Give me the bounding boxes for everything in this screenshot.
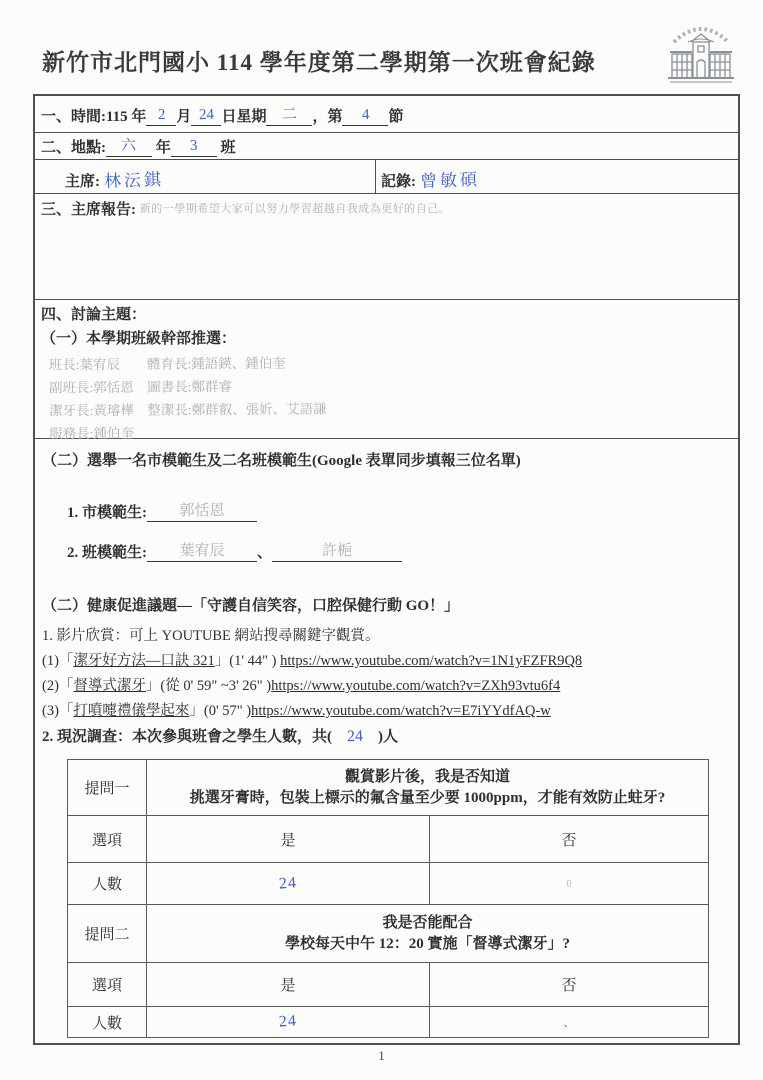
chair-report-handwritten: 新的一學期希望大家可以努力學習超越自我成為更好的自己。	[140, 203, 451, 215]
video-2-prefix: (2)「	[42, 678, 73, 694]
question-1-line1: 觀賞影片後，我是否知道	[149, 767, 706, 788]
weekday-blank: 二	[266, 107, 312, 126]
name-separator: 、	[257, 545, 272, 561]
question-2-text: 我是否能配合 學校每天中午 12：20 實施「督導式潔牙」?	[147, 905, 709, 963]
question-1-counts-row: 人數 24 0	[68, 863, 709, 905]
video-3-url: https://www.youtube.com/watch?v=E7iYYdfA…	[251, 703, 551, 719]
video-3-close: 」	[189, 703, 204, 719]
class-unit-label: 班	[221, 140, 236, 156]
video-2-close: 」	[146, 678, 161, 694]
grade-handwritten: 六	[121, 138, 137, 156]
scanned-meeting-record: 新竹市北門國小 114 學年度第二學期第一次班會紀錄 一、時間:115	[0, 0, 763, 1080]
video-1-url: https://www.youtube.com/watch?v=1N1yFZFR…	[280, 653, 582, 669]
topics-heading: 四、討論主題：	[41, 303, 732, 327]
question-1-options-row: 選項 是 否	[68, 816, 709, 863]
chair-report-label: 三、主席報告:	[41, 202, 136, 218]
video-3-title: 打噴嚏禮儀學起來	[73, 703, 189, 719]
question-2-line1: 我是否能配合	[149, 913, 706, 934]
period-unit-label: 節	[388, 109, 403, 125]
video-1-title: 潔牙好方法—口訣 321	[73, 653, 214, 669]
chair-label: 主席:	[65, 174, 100, 190]
survey-suffix: )人	[378, 729, 398, 745]
recorder-name-handwritten: 曾敏碩	[419, 165, 480, 192]
model-student-heading: （二）選舉一名市模範生及二名班模範生(Google 表單同步填報三位名單)	[42, 449, 521, 470]
option-yes: 是	[147, 963, 430, 1007]
video-2-url: https://www.youtube.com/watch?v=ZXh93vtu…	[271, 678, 560, 694]
option-yes: 是	[147, 816, 430, 863]
period-handwritten: 4	[361, 107, 369, 124]
recorder-label: 記錄:	[381, 174, 416, 190]
city-model-blank: 郭恬恩	[147, 503, 257, 522]
q2-no-count-handwritten: 、	[564, 1017, 575, 1029]
class-model-blank-2: 許梔	[272, 543, 402, 562]
video-line-3: (3)「打噴嚏禮儀學起來」(0' 57" )https://www.youtub…	[42, 699, 551, 720]
time-row: 一、時間:115 年2月24日星期二，第4節	[35, 96, 738, 133]
month-blank: 2	[146, 107, 176, 126]
class-handwritten: 3	[190, 138, 198, 155]
chair-name-handwritten: 林沄錤	[103, 165, 164, 192]
q1-no-count-handwritten: 0	[567, 879, 572, 890]
video-1-duration: (1' 44" )	[229, 653, 280, 669]
class-model-name2-handwritten: 許梔	[322, 543, 352, 559]
survey-count-handwritten: 24	[332, 727, 379, 747]
q2-yes-count-handwritten: 24	[278, 1012, 297, 1031]
options-label: 選項	[68, 816, 147, 863]
school-emblem-logo	[660, 12, 742, 93]
question-2-options-row: 選項 是 否	[68, 963, 709, 1007]
city-model-label: 1. 市模範生:	[67, 505, 147, 521]
time-label: 一、時間:115 年	[41, 109, 146, 125]
day-handwritten: 24	[199, 107, 215, 125]
question-2-counts-row: 人數 24 、	[68, 1007, 709, 1038]
weekday-handwritten: 二	[282, 107, 298, 125]
chair-cell: 主席: 林沄錤	[35, 160, 376, 193]
officer-list-handwritten: 班長:葉宥辰 體育長:鍾語鍈、鍾伯奎 副班長:郭恬恩 圖書長:鄭群睿 潔牙長:黃…	[41, 349, 733, 446]
counts-label: 人數	[68, 1007, 147, 1038]
day-unit-label: 日星期	[221, 109, 266, 125]
grade-blank: 六	[106, 138, 152, 157]
class-model-label: 2. 班模範生:	[67, 545, 147, 561]
question-2-label: 提問二	[68, 905, 147, 963]
city-model-name-handwritten: 郭恬恩	[179, 503, 224, 519]
q2-yes-count-cell: 24	[147, 1007, 430, 1038]
survey-results-table: 提問一 觀賞影片後，我是否知道 挑選牙膏時，包裝上標示的氟含量至少要 1000p…	[67, 759, 709, 1038]
health-topic-heading: （二）健康促進議題—「守護自信笑容，口腔保健行動 GO！」	[42, 594, 459, 615]
class-model-blank-1: 葉宥辰	[147, 543, 257, 562]
q2-no-count-cell: 、	[430, 1007, 709, 1038]
option-no: 否	[430, 963, 709, 1007]
question-1-label: 提問一	[68, 760, 147, 816]
video-3-duration: (0' 57" )	[204, 703, 251, 719]
options-label: 選項	[68, 963, 147, 1007]
city-model-student-line: 1. 市模範生:郭恬恩	[67, 501, 257, 522]
recorder-cell: 記錄: 曾敏碩	[376, 160, 738, 193]
month-unit-label: 月	[176, 109, 191, 125]
page-number: 1	[0, 1048, 763, 1064]
video-2-duration: (從 0' 59" ~3' 26" )	[160, 678, 271, 694]
class-model-name1-handwritten: 葉宥辰	[179, 543, 224, 559]
survey-line: 2. 現況調查：本次參與班會之學生人數，共(24)人	[42, 725, 398, 746]
counts-label: 人數	[68, 863, 147, 905]
class-blank: 3	[171, 138, 217, 157]
month-handwritten: 2	[157, 107, 165, 124]
video-1-prefix: (1)「	[42, 653, 73, 669]
video-3-prefix: (3)「	[42, 703, 73, 719]
video-2-title: 督導式潔牙	[73, 678, 146, 694]
q1-yes-count-cell: 24	[147, 863, 430, 905]
question-1-text: 觀賞影片後，我是否知道 挑選牙膏時，包裝上標示的氟含量至少要 1000ppm，才…	[147, 760, 709, 816]
school-building-icon	[660, 12, 742, 88]
video-1-close: 」	[215, 653, 230, 669]
chair-recorder-row: 主席: 林沄錤 記錄: 曾敏碩	[35, 160, 738, 194]
video-line-2: (2)「督導式潔牙」(從 0' 59" ~3' 26" )https://www…	[42, 674, 560, 695]
location-label: 二、地點:	[41, 140, 106, 156]
grade-unit-label: 年	[156, 140, 171, 156]
chair-report-section: 三、主席報告: 新的一學期希望大家可以努力學習超越自我成為更好的自己。	[35, 194, 738, 300]
video-intro-line: 1. 影片欣賞：可上 YOUTUBE 網站搜尋關鍵字觀賞。	[42, 624, 380, 645]
page-title: 新竹市北門國小 114 學年度第二學期第一次班會紀錄	[42, 44, 662, 77]
survey-prefix: 2. 現況調查：本次參與班會之學生人數，共(	[42, 729, 332, 745]
officer-election-heading: （一）本學期班級幹部推選：	[41, 327, 732, 351]
period-blank: 4	[342, 107, 388, 126]
question-1-line2: 挑選牙膏時，包裝上標示的氟含量至少要 1000ppm，才能有效防止蛀牙?	[149, 788, 706, 809]
model-students-and-health-section: （二）選舉一名市模範生及二名班模範生(Google 表單同步填報三位名單) 1.…	[35, 439, 738, 1043]
question-2-line2: 學校每天中午 12：20 實施「督導式潔牙」?	[149, 934, 706, 955]
q1-no-count-cell: 0	[430, 863, 709, 905]
q1-yes-count-handwritten: 24	[278, 874, 297, 893]
video-line-1: (1)「潔牙好方法—口訣 321」(1' 44" ) https://www.y…	[42, 649, 582, 670]
day-blank: 24	[191, 107, 221, 126]
question-1-row: 提問一 觀賞影片後，我是否知道 挑選牙膏時，包裝上標示的氟含量至少要 1000p…	[68, 760, 709, 816]
option-no: 否	[430, 816, 709, 863]
discussion-topics-section: 四、討論主題： （一）本學期班級幹部推選： 班長:葉宥辰 體育長:鍾語鍈、鍾伯奎…	[35, 300, 738, 439]
location-row: 二、地點:六 年3 班	[35, 133, 738, 160]
meeting-record-form: 一、時間:115 年2月24日星期二，第4節 二、地點:六 年3 班 主席: 林…	[33, 94, 740, 1045]
period-prefix-label: ，第	[312, 109, 342, 125]
question-2-row: 提問二 我是否能配合 學校每天中午 12：20 實施「督導式潔牙」?	[68, 905, 709, 963]
class-model-student-line: 2. 班模範生:葉宥辰、許梔	[67, 541, 402, 562]
